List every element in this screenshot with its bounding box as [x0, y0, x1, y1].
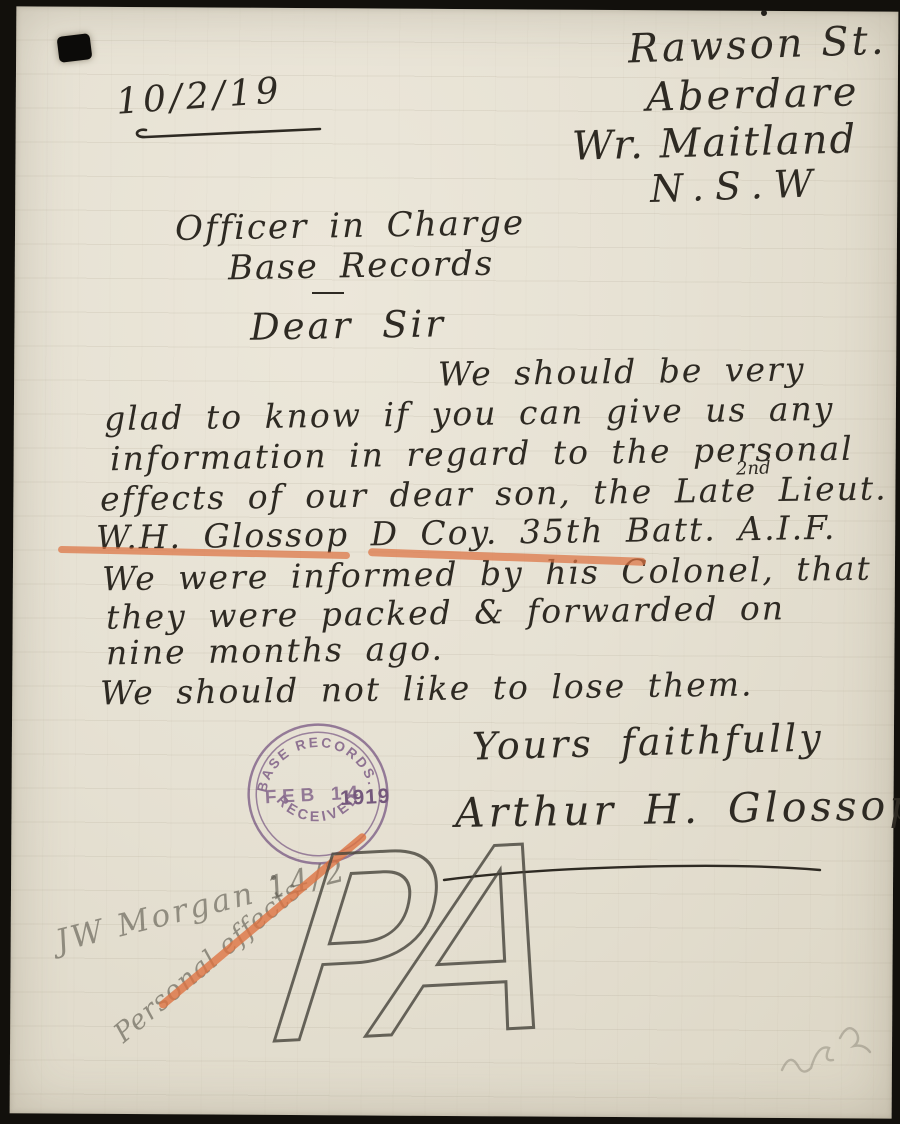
date-underline-flourish [132, 122, 327, 142]
faint-pencil-scribble [778, 1018, 888, 1088]
body-line: nine months ago. [106, 629, 445, 673]
address-street: Rawson St. [627, 18, 887, 73]
body-line: We should be very [438, 349, 806, 393]
recipient-underline-dash [312, 292, 344, 294]
salutation: Dear Sir [250, 302, 447, 348]
scanned-letter-page: 10/2/19 Rawson St. Aberdare Wr. Maitland… [0, 0, 900, 1124]
large-pencil-initials: PA [263, 814, 550, 1081]
superscript-2nd: 2nd [736, 457, 771, 479]
address-state: N.S.W [649, 161, 824, 211]
closing: Yours faithfully [471, 715, 824, 768]
recipient-line-officer: Officer in Charge [175, 203, 526, 249]
punch-hole [57, 33, 93, 63]
address-suburb: Aberdare [645, 69, 860, 121]
recipient-line-base-records: Base Records [228, 244, 495, 289]
paper-speck [761, 10, 767, 16]
